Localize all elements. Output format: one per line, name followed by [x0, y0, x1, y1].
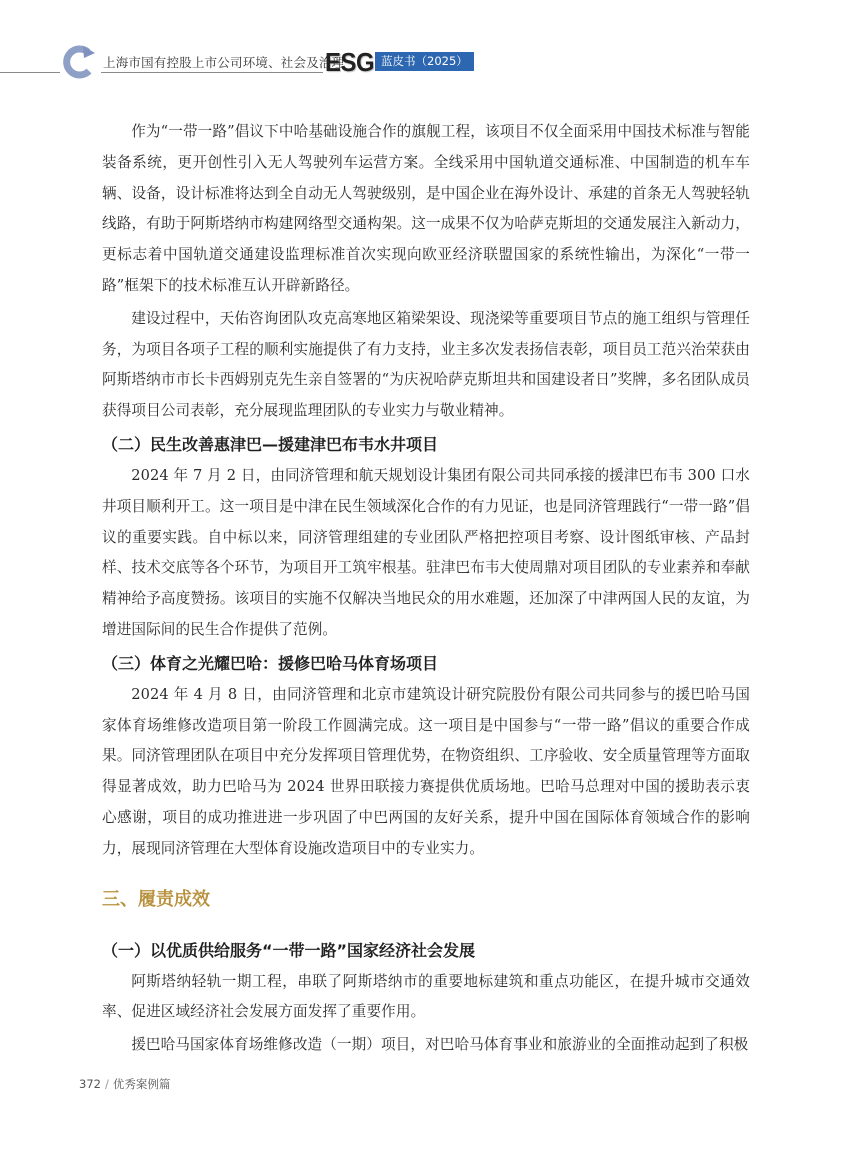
- subsection-heading: （一）以优质供给服务“一带一路”国家经济社会发展: [102, 939, 750, 963]
- blue-book-badge: 蓝皮书（2025）: [375, 52, 474, 71]
- header-rule-title: [101, 72, 323, 73]
- body-paragraph: 2024 年 7 月 2 日，由同济管理和航天规划设计集团有限公司共同承接的援津…: [102, 461, 750, 646]
- page-number: 372: [79, 1077, 101, 1091]
- subsection-heading: （三）体育之光耀巴哈：援修巴哈马体育场项目: [102, 652, 750, 676]
- body-paragraph: 建设过程中，天佑咨询团队攻克高寒地区箱梁架设、现浇梁等重要项目节点的施工组织与管…: [102, 304, 750, 427]
- circular-arrow-logo-icon: [62, 44, 98, 80]
- footer-section-label: 优秀案例篇: [113, 1077, 171, 1091]
- section-heading: 三、履责成效: [102, 887, 750, 913]
- body-paragraph: 2024 年 4 月 8 日，由同济管理和北京市建筑设计研究院股份有限公司共同参…: [102, 680, 750, 865]
- page-body: 作为“一带一路”倡议下中哈基础设施合作的旗舰工程，该项目不仅全面采用中国技术标准…: [102, 117, 750, 1061]
- body-paragraph: 援巴哈马国家体育场维修改造（一期）项目，对巴哈马体育事业和旅游业的全面推动起到了…: [102, 1030, 750, 1061]
- esg-wordmark: ESG: [325, 47, 374, 78]
- report-title: 上海市国有控股上市公司环境、社会及治理: [103, 53, 344, 71]
- subsection-heading: （二）民生改善惠津巴—援建津巴布韦水井项目: [102, 433, 750, 457]
- body-paragraph: 阿斯塔纳轻轨一期工程，串联了阿斯塔纳市的重要地标建筑和重点功能区，在提升城市交通…: [102, 967, 750, 1029]
- header-rule-left: [0, 72, 60, 73]
- body-paragraph: 作为“一带一路”倡议下中哈基础设施合作的旗舰工程，该项目不仅全面采用中国技术标准…: [102, 117, 750, 302]
- page-header: 上海市国有控股上市公司环境、社会及治理 ESG 蓝皮书（2025）: [0, 38, 853, 86]
- footer-separator: /: [105, 1077, 109, 1091]
- page-footer: 372/优秀案例篇: [79, 1076, 170, 1092]
